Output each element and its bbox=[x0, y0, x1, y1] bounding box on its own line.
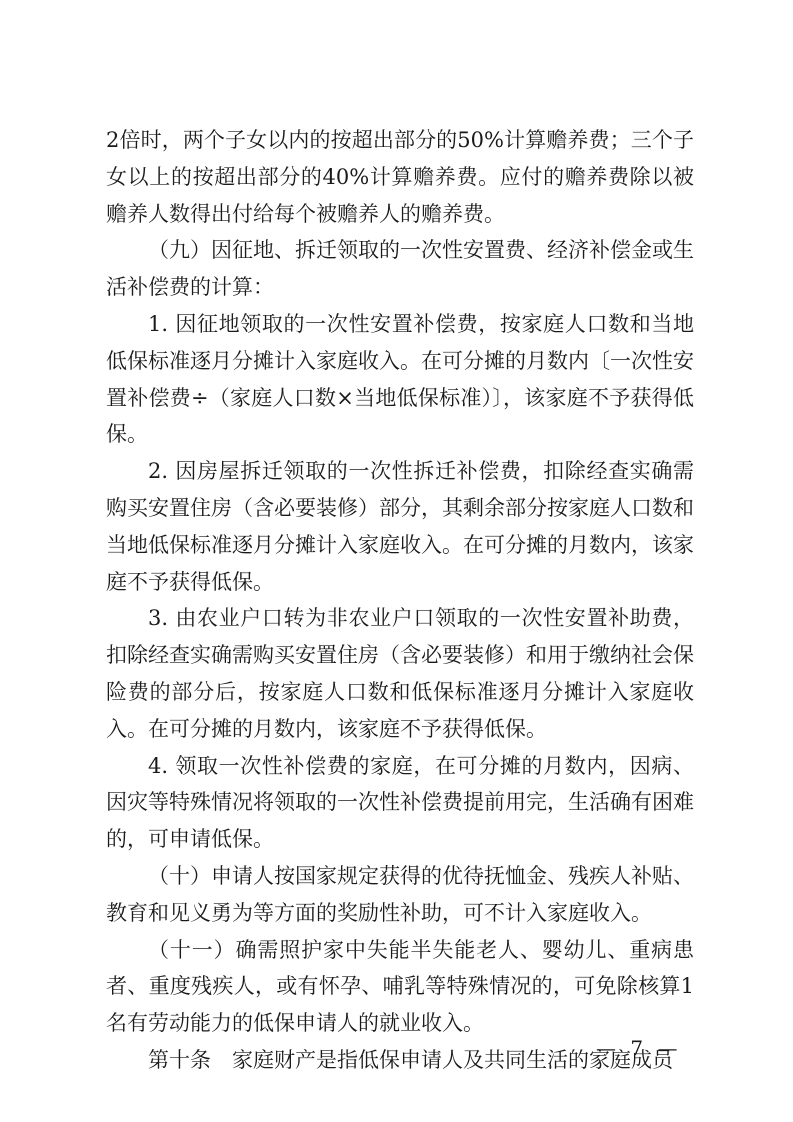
body-text: 2倍时，两个子女以内的按超出部分的50%计算赡养费；三个子女以上的按超出部分的4… bbox=[106, 122, 694, 1079]
paragraph-item-9-heading: （九）因征地、拆迁领取的一次性安置费、经济补偿金或生活补偿费的计算： bbox=[106, 232, 694, 306]
document-page: 2倍时，两个子女以内的按超出部分的50%计算赡养费；三个子女以上的按超出部分的4… bbox=[0, 0, 793, 1122]
paragraph-item-9-1: 1. 因征地领取的一次性安置补偿费，按家庭人口数和当地低保标准逐月分摊计入家庭收… bbox=[106, 306, 694, 453]
paragraph-item-9-3: 3. 由农业户口转为非农业户口领取的一次性安置补助费，扣除经查实确需购买安置住房… bbox=[106, 600, 694, 747]
paragraph-support-calculation: 2倍时，两个子女以内的按超出部分的50%计算赡养费；三个子女以上的按超出部分的4… bbox=[106, 122, 694, 232]
paragraph-item-10: （十）申请人按国家规定获得的优待抚恤金、残疾人补贴、教育和见义勇为等方面的奖励性… bbox=[106, 858, 694, 932]
page-number: — 7 — bbox=[596, 1036, 681, 1060]
paragraph-item-9-4: 4. 领取一次性补偿费的家庭，在可分摊的月数内，因病、因灾等特殊情况将领取的一次… bbox=[106, 748, 694, 858]
paragraph-item-11: （十一）确需照护家中失能半失能老人、婴幼儿、重病患者、重度残疾人，或有怀孕、哺乳… bbox=[106, 932, 694, 1042]
paragraph-item-9-2: 2. 因房屋拆迁领取的一次性拆迁补偿费，扣除经查实确需购买安置住房（含必要装修）… bbox=[106, 453, 694, 600]
